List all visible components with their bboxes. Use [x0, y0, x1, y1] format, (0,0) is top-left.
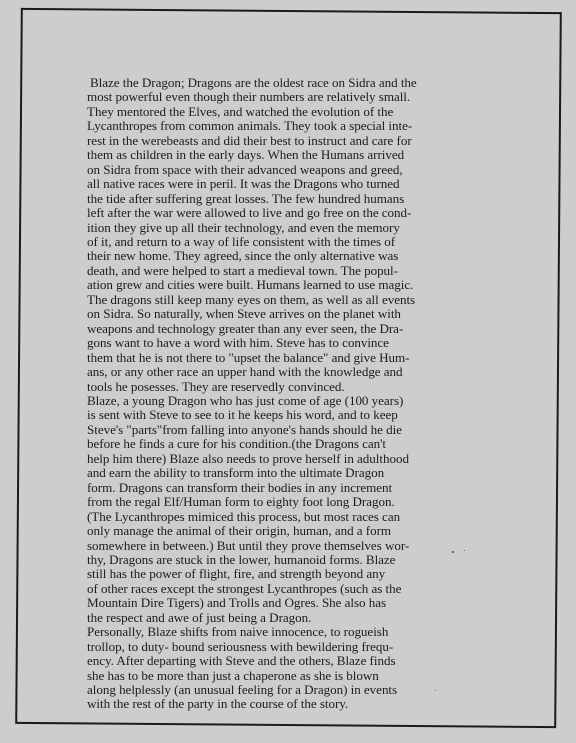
- text-line: ation grew and cities were built. Humans…: [87, 278, 432, 292]
- text-line: still has the power of flight, fire, and…: [87, 567, 432, 581]
- text-line: weapons and technology greater than any …: [87, 322, 432, 336]
- body-text: Blaze the Dragon; Dragons are the oldest…: [87, 76, 432, 712]
- text-line: (The Lycanthropes mimiced this process, …: [87, 510, 432, 524]
- text-line: They mentored the Elves, and watched the…: [87, 105, 432, 119]
- text-line: somewhere in between.) But until they pr…: [87, 539, 432, 553]
- text-line: left after the war were allowed to live …: [87, 206, 432, 220]
- text-line: the tide after suffering great losses. T…: [87, 192, 432, 206]
- scan-speck: [452, 551, 454, 553]
- text-line: thy, Dragons are stuck in the lower, hum…: [87, 553, 432, 567]
- text-line: Mountain Dire Tigers) and Trolls and Ogr…: [87, 596, 432, 610]
- text-line: The dragons still keep many eyes on them…: [87, 293, 432, 307]
- text-line: Steve's "parts"from falling into anyone'…: [87, 423, 432, 437]
- text-line: along helplessly (an unusual feeling for…: [87, 683, 432, 697]
- text-line: death, and were helped to start a mediev…: [87, 264, 432, 278]
- scan-speck: [464, 550, 465, 551]
- text-line: Personally, Blaze shifts from naive inno…: [87, 625, 432, 639]
- text-line: is sent with Steve to see to it he keeps…: [87, 408, 432, 422]
- text-line: ency. After departing with Steve and the…: [87, 654, 432, 668]
- text-line: all native races were in peril. It was t…: [87, 177, 432, 191]
- text-line: Blaze the Dragon; Dragons are the oldest…: [87, 76, 432, 90]
- text-line: of other races except the strongest Lyca…: [87, 582, 432, 596]
- text-line: and earn the ability to transform into t…: [87, 466, 432, 480]
- text-line: them that he is not there to "upset the …: [87, 351, 432, 365]
- text-line: rest in the werebeasts and did their bes…: [87, 134, 432, 148]
- text-line: on Sidra. So naturally, when Steve arriv…: [87, 307, 432, 321]
- text-line: tools he posesses. They are reservedly c…: [87, 380, 432, 394]
- text-line: on Sidra from space with their advanced …: [87, 163, 432, 177]
- text-line: form. Dragons can transform their bodies…: [87, 481, 432, 495]
- text-line: from the regal Elf/Human form to eighty …: [87, 495, 432, 509]
- text-line: she has to be more than just a chaperone…: [87, 669, 432, 683]
- text-line: with the rest of the party in the course…: [87, 697, 432, 711]
- text-line: only manage the animal of their origin, …: [87, 524, 432, 538]
- text-line: their new home. They agreed, since the o…: [87, 249, 432, 263]
- text-line: of it, and return to a way of life consi…: [87, 235, 432, 249]
- text-line: gons want to have a word with him. Steve…: [87, 336, 432, 350]
- text-line: most powerful even though their numbers …: [87, 90, 432, 104]
- text-line: ition they give up all their technology,…: [87, 221, 432, 235]
- text-line: ans, or any other race an upper hand wit…: [87, 365, 432, 379]
- text-line: before he finds a cure for his condition…: [87, 437, 432, 451]
- text-line: Blaze, a young Dragon who has just come …: [87, 394, 432, 408]
- text-line: trollop, to duty- bound seriousness with…: [87, 640, 432, 654]
- text-line: Lycanthropes from common animals. They t…: [87, 119, 432, 133]
- text-line: the respect and awe of just being a Drag…: [87, 611, 432, 625]
- scan-speck: [435, 690, 436, 691]
- text-line: help him there) Blaze also needs to prov…: [87, 452, 432, 466]
- text-line: them as children in the early days. When…: [87, 148, 432, 162]
